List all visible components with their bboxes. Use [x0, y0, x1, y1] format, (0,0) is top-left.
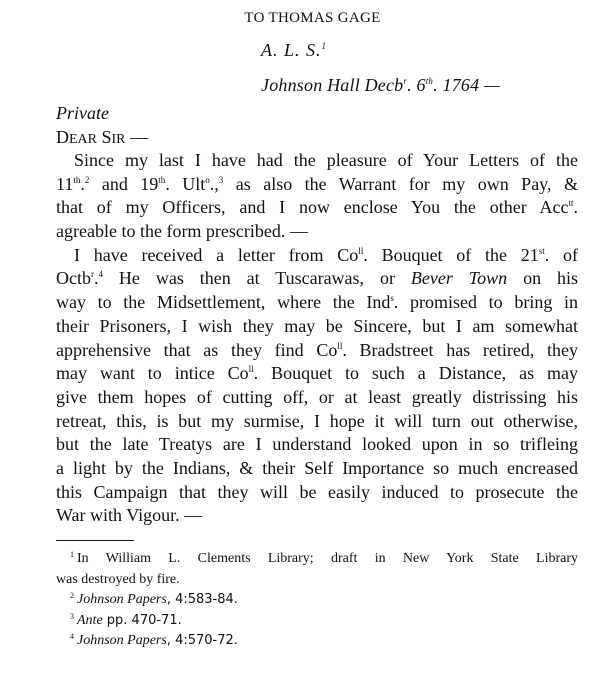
text-run: . [574, 197, 579, 217]
text-run: . Bouquet of the 21 [363, 245, 538, 265]
footnote-reference: , 4:583-84. [167, 592, 238, 607]
dateline-place: Johnson Hall [261, 75, 360, 95]
footnote-ref-1: 1 [322, 41, 328, 51]
dateline-day-sup: th [426, 76, 433, 86]
body-line: Since my last I have had the pleasure of… [56, 149, 578, 173]
text-run: may want to intice Co [56, 363, 249, 383]
footnote-source-title: Ante [77, 613, 103, 628]
body-line: that of my Officers, and I now enclose Y… [56, 196, 578, 220]
text-run: . Bradstreet has retired, they [342, 340, 578, 360]
body-line: their Prisoners, I wish they may be Sinc… [56, 315, 578, 339]
footnote-4: 4Johnson Papers, 4:570-72. [56, 631, 578, 652]
text-run: . promised to bring in [394, 292, 578, 312]
text-run: as also the Warrant for my own Pay, & [223, 174, 578, 194]
footnote-number: 1 [70, 550, 74, 559]
footnote-separator-rule [56, 540, 134, 541]
text-run: this Campaign that they will be easily i… [56, 482, 578, 502]
footnote-number: 3 [70, 612, 74, 621]
footnote-number: 2 [70, 591, 74, 600]
body-line: War with Vigour. — [56, 504, 578, 528]
body-line: may want to intice Coll. Bouquet to such… [56, 362, 578, 386]
body-line: but the late Treatys are I understand lo… [56, 433, 578, 457]
dateline-year: . 1764 — [433, 75, 500, 95]
text-run: War with Vigour. — [56, 505, 202, 525]
letter-recipient-heading: TO THOMAS GAGE [0, 10, 607, 27]
text-run: . Ult [165, 174, 205, 194]
superscript: ll [337, 341, 342, 351]
superscript: th [73, 175, 80, 185]
superscript: st [539, 246, 545, 256]
superscript: o [205, 175, 210, 185]
footnote-ref-3: 3 [219, 175, 224, 185]
footnote-ref-2: 2 [85, 175, 90, 185]
text-run: give them hopes of cutting off, or at le… [56, 387, 578, 407]
footnote-3: 3Ante pp. 470-71. [56, 611, 578, 632]
letter-dateline: Johnson Hall Decbr. 6th. 1764 — [261, 75, 500, 96]
text-run: 11 [56, 174, 73, 194]
text-run: that of my Officers, and I now enclose Y… [56, 197, 568, 217]
dateline-month-sup: r [403, 76, 407, 86]
footnote-1-continued: was destroyed by fire. [56, 570, 578, 591]
salutation-dash: — [126, 127, 149, 147]
superscript: r [91, 269, 94, 279]
text-run: He was then at Tuscarawas, or [103, 268, 411, 288]
superscript: ll [249, 364, 254, 374]
text-run: way to the Midsettlement, where the Ind [56, 292, 390, 312]
salutation-small-caps-ear: EAR [69, 132, 97, 147]
body-line: I have received a letter from Coll. Bouq… [56, 244, 578, 268]
footnote-text: In William L. Clements Library; draft in… [77, 551, 578, 566]
dateline-month: Decb [365, 75, 404, 95]
letter-body: Since my last I have had the pleasure of… [56, 149, 578, 528]
body-line: retreat, this, is but my surmise, I hope… [56, 410, 578, 434]
superscript: ll [358, 246, 363, 256]
footnote-1: 1In William L. Clements Library; draft i… [56, 549, 578, 570]
text-run: and 19 [89, 174, 158, 194]
superscript: th [158, 175, 165, 185]
text-run: retreat, this, is but my surmise, I hope… [56, 411, 578, 431]
text-run: but the late Treatys are I understand lo… [56, 434, 578, 454]
text-run: ., [210, 174, 219, 194]
footnote-text: was destroyed by fire. [56, 572, 180, 587]
superscript: s [390, 293, 394, 303]
text-run: a light by the Indians, & their Self Imp… [56, 458, 578, 478]
place-name-italic: Bever Town [411, 268, 507, 288]
text-run: . of [545, 245, 578, 265]
body-line: 11th.2 and 19th. Ulto.,3 as also the War… [56, 173, 578, 197]
salutation: DEAR SIR — [56, 127, 148, 148]
body-line: Octbr.4 He was then at Tuscarawas, or Be… [56, 267, 578, 291]
text-run: their Prisoners, I wish they may be Sinc… [56, 316, 578, 336]
footnote-ref-4: 4 [99, 269, 104, 279]
text-run: . Bouquet to such a Distance, as may [254, 363, 578, 383]
salutation-small-caps-ir: IR [112, 132, 126, 147]
body-line: this Campaign that they will be easily i… [56, 481, 578, 505]
salutation-initial-s: S [102, 127, 112, 147]
text-run: . [94, 268, 99, 288]
body-line: give them hopes of cutting off, or at le… [56, 386, 578, 410]
footnote-2: 2Johnson Papers, 4:583-84. [56, 590, 578, 611]
dateline-day: 6 [417, 75, 426, 95]
footnote-source-title: Johnson Papers [77, 633, 167, 648]
text-run: I have received a letter from Co [74, 245, 358, 265]
footnotes: 1In William L. Clements Library; draft i… [56, 549, 578, 652]
body-line: a light by the Indians, & their Self Imp… [56, 457, 578, 481]
footnote-source-title: Johnson Papers [77, 592, 167, 607]
text-run: apprehensive that as they find Co [56, 340, 337, 360]
footnote-reference: pp. 470-71. [103, 613, 182, 628]
document-type-text: A. L. S. [261, 40, 322, 60]
body-line: agreable to the form prescribed. — [56, 220, 578, 244]
text-run: on his [507, 268, 578, 288]
private-marking: Private [56, 103, 109, 124]
footnote-number: 4 [70, 632, 74, 641]
body-line: apprehensive that as they find Coll. Bra… [56, 339, 578, 363]
salutation-initial-d: D [56, 127, 69, 147]
body-line: way to the Midsettlement, where the Inds… [56, 291, 578, 315]
text-run: Octb [56, 268, 91, 288]
document-page: TO THOMAS GAGE A. L. S.1 Johnson Hall De… [0, 0, 607, 692]
text-run: Since my last I have had the pleasure of… [74, 150, 578, 170]
footnote-reference: , 4:570-72. [167, 633, 238, 648]
document-type-label: A. L. S.1 [261, 40, 327, 61]
text-run: agreable to the form prescribed. — [56, 221, 308, 241]
superscript: tt [568, 198, 573, 208]
